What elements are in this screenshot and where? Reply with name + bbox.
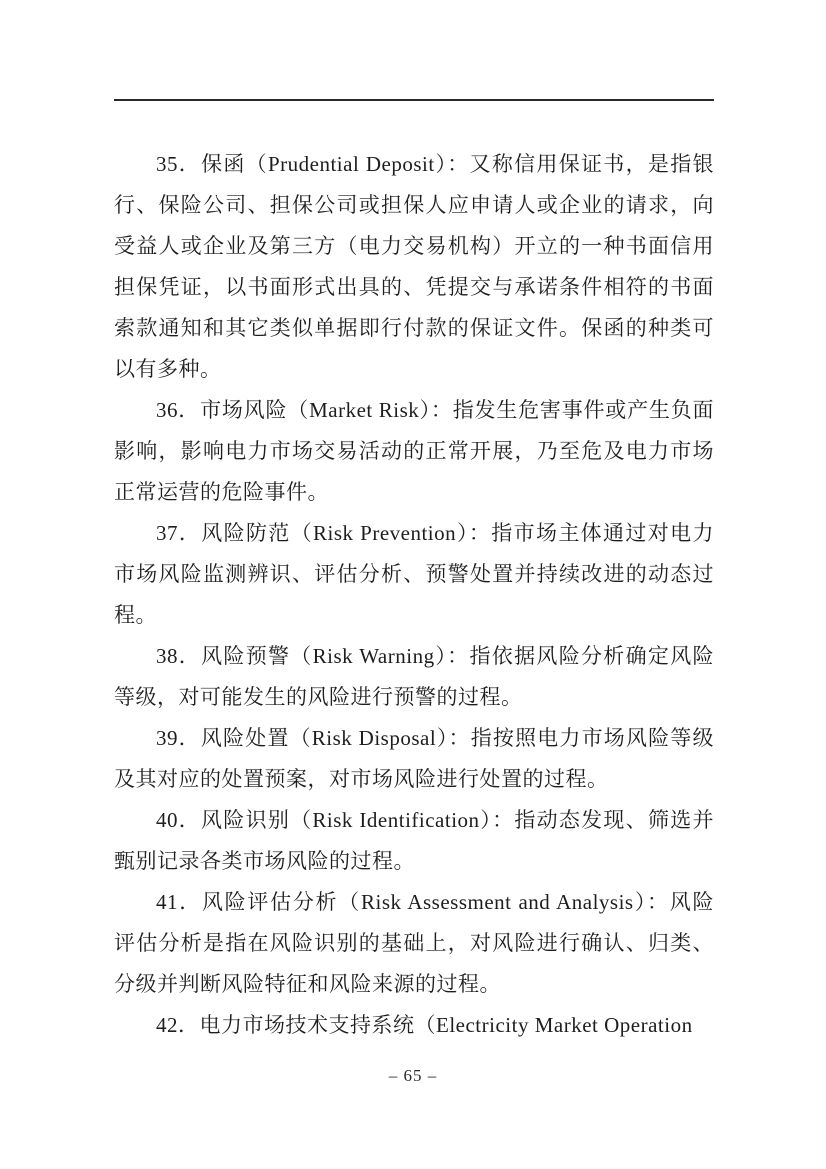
paragraph-term-36: 36．市场风险（Market Risk）：指发生危害事件或产生负面影响，影响电力…	[114, 390, 714, 513]
paragraph-term-41: 41．风险评估分析（Risk Assessment and Analysis）：…	[114, 882, 714, 1005]
paragraph-term-35: 35．保函（Prudential Deposit）：又称信用保证书，是指银行、保…	[114, 144, 714, 390]
page-content: 35．保函（Prudential Deposit）：又称信用保证书，是指银行、保…	[114, 144, 714, 1046]
header-rule	[114, 99, 714, 101]
paragraph-term-37: 37．风险防范（Risk Prevention）：指市场主体通过对电力市场风险监…	[114, 513, 714, 636]
paragraph-term-38: 38．风险预警（Risk Warning）：指依据风险分析确定风险等级，对可能发…	[114, 636, 714, 718]
document-page: 35．保函（Prudential Deposit）：又称信用保证书，是指银行、保…	[0, 0, 826, 1169]
paragraph-term-39: 39．风险处置（Risk Disposal）：指按照电力市场风险等级及其对应的处…	[114, 718, 714, 800]
paragraph-term-42: 42．电力市场技术支持系统（Electricity Market Operati…	[114, 1005, 714, 1046]
page-number: – 65 –	[0, 1066, 826, 1086]
paragraph-term-40: 40．风险识别（Risk Identification）：指动态发现、筛选并甄别…	[114, 800, 714, 882]
